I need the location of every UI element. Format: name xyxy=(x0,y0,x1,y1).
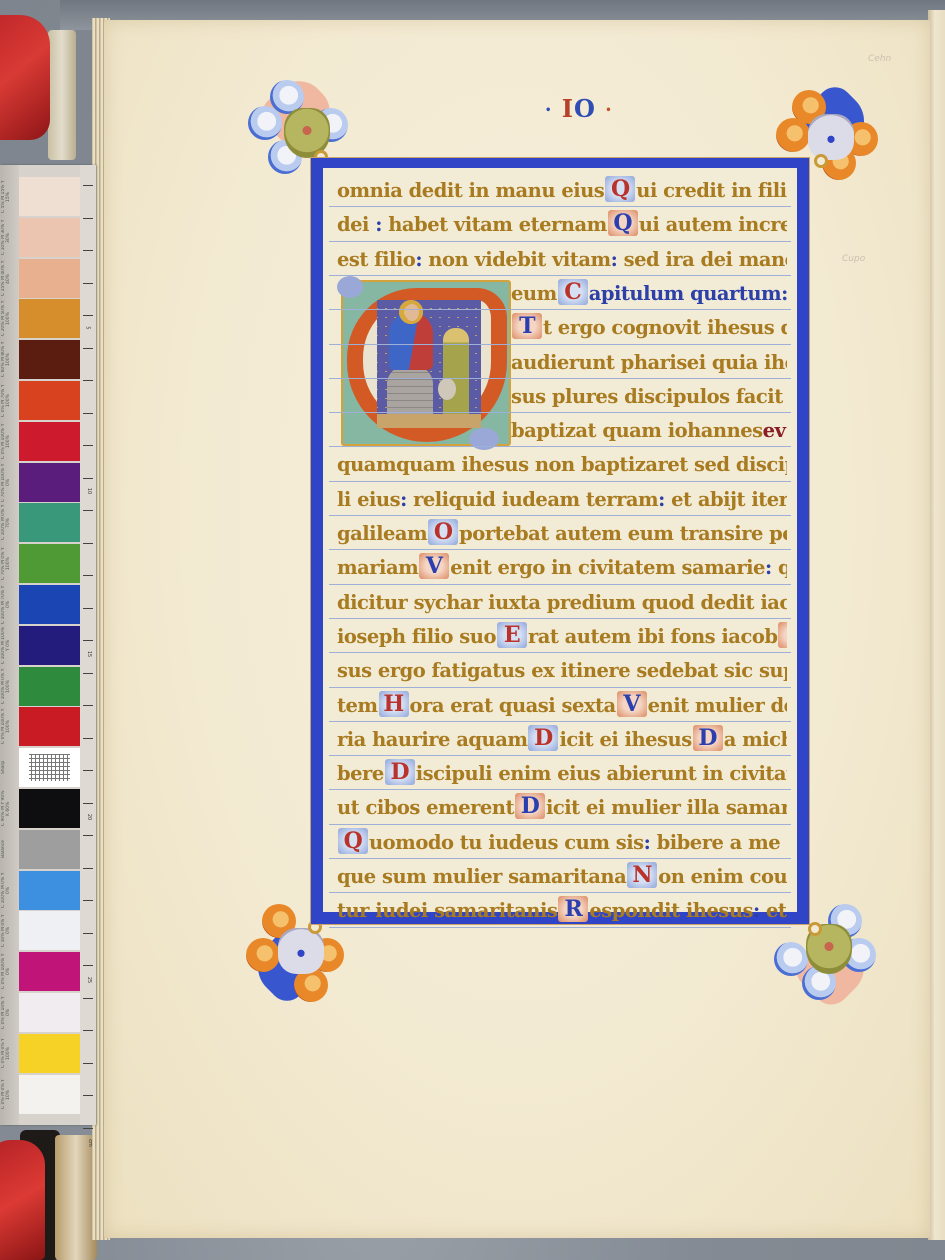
text-segment: icit ei mulier illa samaritana xyxy=(546,796,787,819)
color-calibration-target: C 5% M 15% Y 15%C 10% M 30% Y 30%C 15% M… xyxy=(0,165,96,1125)
ruler-label: cm xyxy=(87,1139,93,1147)
swatch-label: C 90% M Y 90% K 60% xyxy=(1,789,18,828)
ruler-tick xyxy=(83,835,93,836)
ruler-tick xyxy=(83,250,93,251)
text-line: dicitur sychar iuxta predium quod dedit … xyxy=(337,586,787,620)
text-segment: et dixit xyxy=(760,899,787,922)
ruler-tick xyxy=(83,673,93,674)
ruler-tick xyxy=(83,998,93,999)
text-line: temHora erat quasi sextaVenit mulier de … xyxy=(337,689,787,723)
text-segment: mariam xyxy=(337,556,418,579)
pencil-annotation: Cehn xyxy=(868,54,891,64)
swatch-label: C 70% M 100% Y 0% xyxy=(1,463,18,502)
color-swatch xyxy=(19,626,80,665)
text-segment: icit ei ihesus xyxy=(559,728,691,751)
punctus: : xyxy=(415,248,422,271)
text-line: baptizat quam iohannesev xyxy=(511,414,787,448)
text-segment: eum xyxy=(511,282,557,305)
text-line: dei : habet vitam eternamQui autem incre… xyxy=(337,208,787,242)
text-segment: sus ergo fatigatus ex itinere xyxy=(337,659,630,682)
text-line: tur iudei samaritanisRespondit ihesus: e… xyxy=(337,894,787,928)
text-segment: reliquid iudeam terram xyxy=(407,488,658,511)
decorated-initial: T xyxy=(512,313,542,339)
text-line: ioseph filio suoErat autem ibi fons iaco… xyxy=(337,620,787,654)
text-segment: bere xyxy=(337,762,384,785)
text-segment: li eius xyxy=(337,488,400,511)
swatch-label: C 0% M 70% Y 100% xyxy=(1,381,18,420)
text-segment: uomodo tu iudeus cum sis xyxy=(369,831,644,854)
christ-head xyxy=(405,304,419,321)
color-swatch xyxy=(19,993,80,1032)
text-segment: que xyxy=(772,556,787,579)
ruler-tick xyxy=(83,283,93,284)
ruler-tick xyxy=(83,348,93,349)
well-illustration xyxy=(387,366,433,418)
text-line: galileamOportebat autem eum transire per… xyxy=(337,517,787,551)
swatch-label: C 0% M 0% Y 100% xyxy=(1,1034,18,1073)
color-swatch xyxy=(19,299,80,338)
swatch-label: Balance xyxy=(1,830,18,869)
text-segment: ioseph filio suo xyxy=(337,625,496,648)
color-swatch xyxy=(19,503,80,542)
color-swatch xyxy=(19,544,80,583)
decorated-initial: V xyxy=(617,691,647,717)
punctus: : xyxy=(658,488,665,511)
decorated-initial: D xyxy=(515,793,545,819)
color-swatch xyxy=(19,259,80,298)
book-gutter-right xyxy=(928,10,945,1240)
ruler-tick xyxy=(83,1030,93,1031)
text-line: eumCapitulum quartum: xyxy=(511,277,787,311)
decorated-initial: I xyxy=(778,622,787,648)
swatch-label: C 70% M 0% Y 100% xyxy=(1,544,18,583)
text-lines: omnia dedit in manu eiusQui credit in fi… xyxy=(323,168,797,912)
punctus: : xyxy=(400,488,407,511)
text-segment: a michi bi xyxy=(724,728,787,751)
swatch-label: C 10% M 30% Y 30% xyxy=(1,218,18,257)
decorated-initial: Q xyxy=(608,210,638,236)
ruler-label: 20 xyxy=(86,814,92,820)
swatch-label: C 100% M 0% Y 70% xyxy=(1,503,18,542)
text-line: ria haurire aquamDicit ei ihesusDa michi… xyxy=(337,723,787,757)
ruler-tick xyxy=(83,705,93,706)
text-segment: on enim coutu xyxy=(658,865,787,888)
decorated-initial: C xyxy=(558,279,588,305)
ground xyxy=(377,414,481,428)
ruler-tick xyxy=(83,770,93,771)
text-line: li eius: reliquid iudeam terram: et abij… xyxy=(337,483,787,517)
decorated-initial: O xyxy=(428,519,458,545)
swatch-label: C 100% M 70% Y 0% xyxy=(1,585,18,624)
swatch-label: C 100% M 100% Y 0% xyxy=(1,626,18,665)
text-line: omnia dedit in manu eiusQui credit in fi… xyxy=(337,174,787,208)
swatch-label: C 100% M 0% Y 0% xyxy=(1,871,18,910)
historiated-initial-v xyxy=(341,280,511,446)
text-segment: galileam xyxy=(337,522,427,545)
ruler-label: 25 xyxy=(86,977,92,983)
swatch-label: C 0% M 0% Y 10% xyxy=(1,1075,18,1114)
swatch-label: C 0% M 100% Y 0% xyxy=(1,952,18,991)
color-swatch xyxy=(19,422,80,461)
punctus: : xyxy=(375,213,382,236)
line-filler: ev xyxy=(763,419,786,442)
text-segment: sed ira dei manet sup xyxy=(617,248,787,271)
decorated-initial: D xyxy=(693,725,723,751)
decorated-initial: Q xyxy=(605,176,635,202)
chapter-heading: apitulum quartum xyxy=(589,282,781,305)
ruler-tick xyxy=(83,380,93,381)
ruler-tick xyxy=(83,868,93,869)
text-segment: audierunt pharisei xyxy=(511,351,706,374)
text-segment: iscipuli enim eius abierunt in civitatem xyxy=(416,762,787,785)
punctus: : xyxy=(765,556,772,579)
text-segment: que sum mulier samaritana xyxy=(337,865,626,888)
ruler-label: 5 xyxy=(85,326,91,329)
ruler-tick xyxy=(83,575,93,576)
pencil-annotation: Cupo xyxy=(842,254,865,264)
ruler-tick xyxy=(83,1063,93,1064)
text-line: Tt ergo cognovit ihesus quia: xyxy=(511,311,787,345)
text-segment: baptizat quam iohannes xyxy=(511,419,763,442)
book-weight-bottom xyxy=(0,1140,45,1260)
color-swatch xyxy=(19,340,80,379)
decorated-initial: R xyxy=(558,896,588,922)
color-swatch xyxy=(19,911,80,950)
text-segment: sedebat sic super fon xyxy=(630,659,787,682)
swatch-label: C 100% M 0% Y 100% xyxy=(1,667,18,706)
text-segment: espondit ihesus xyxy=(589,899,753,922)
text-segment: ria haurire aquam xyxy=(337,728,527,751)
punctus: : xyxy=(781,282,787,305)
ruler-tick xyxy=(83,608,93,609)
text-segment: quia ihe xyxy=(706,351,787,374)
swatch-label: C 0% M 100% Y 100% xyxy=(1,422,18,461)
text-segment: tur iudei samaritanis xyxy=(337,899,557,922)
color-swatch xyxy=(19,789,80,828)
ruler-tick xyxy=(83,218,93,219)
folio-numeral-i: I xyxy=(562,94,574,123)
swatch-label: C 60% M 80% Y 100% xyxy=(1,340,18,379)
color-swatch xyxy=(19,1034,80,1073)
color-swatch xyxy=(19,585,80,624)
decorated-initial: V xyxy=(419,553,449,579)
text-line: audierunt pharisei quia ihe:: xyxy=(511,346,787,380)
ruler-tick xyxy=(83,315,93,316)
centimeter-ruler: 510152025cm xyxy=(80,165,96,1125)
text-segment: bibere a me poscis xyxy=(650,831,787,854)
text-line: bereDiscipuli enim eius abierunt in civi… xyxy=(337,757,787,791)
color-swatch xyxy=(19,381,80,420)
color-swatch xyxy=(19,952,80,991)
color-swatch xyxy=(19,830,80,869)
samaritan-woman-figure xyxy=(443,328,469,420)
text-segment: t ergo cognovit ihesus quia xyxy=(543,316,787,339)
color-swatch xyxy=(19,177,80,216)
text-segment: ui credit in filium xyxy=(636,179,787,202)
book-weight-cover-bottom xyxy=(55,1135,97,1260)
folio-dot-right: • xyxy=(605,105,612,116)
text-segment: est filio xyxy=(337,248,415,271)
ruler-label: 10 xyxy=(86,488,92,494)
ruler-tick xyxy=(83,185,93,186)
text-segment: ui autem incredulus xyxy=(639,213,787,236)
decorated-initial: D xyxy=(528,725,558,751)
ruler-tick xyxy=(83,933,93,934)
text-segment: enit ergo in civitatem samarie xyxy=(450,556,765,579)
text-segment: quamquam ihesus non baptizaret sed disci… xyxy=(337,453,787,476)
decorated-initial: H xyxy=(379,691,409,717)
book-weight-top xyxy=(0,15,50,140)
text-segment: iuxta predium quod dedit iacob xyxy=(482,591,787,614)
ruler-tick xyxy=(83,965,93,966)
swatch-label: C 0% M 10% Y 0% xyxy=(1,993,18,1032)
text-line: est filio: non videbit vitam: sed ira de… xyxy=(337,243,787,277)
ruler-tick xyxy=(83,900,93,901)
color-swatch xyxy=(19,667,80,706)
text-line: quamquam ihesus non baptizaret sed disci… xyxy=(337,448,787,482)
text-segment: ut cibos emerent xyxy=(337,796,514,819)
ruler-label: 15 xyxy=(86,651,92,657)
swatch-label: C 10% M 0% Y 0% xyxy=(1,911,18,950)
text-line: ut cibos emerentDicit ei mulier illa sam… xyxy=(337,791,787,825)
decorated-initial: N xyxy=(627,862,657,888)
ruler-tick xyxy=(83,640,93,641)
text-line: que sum mulier samaritanaNon enim coutu xyxy=(337,860,787,894)
folio-dot-left: • xyxy=(545,105,552,116)
text-segment: enit mulier de sama xyxy=(648,694,787,717)
water-jar xyxy=(438,378,456,400)
swatch-label: Sharp xyxy=(1,748,18,787)
ruler-tick xyxy=(83,1095,93,1096)
text-segment: et xyxy=(783,385,787,408)
text-segment: non videbit vitam xyxy=(422,248,611,271)
text-segment: dei xyxy=(337,213,375,236)
text-block: omnia dedit in manu eiusQui credit in fi… xyxy=(311,158,809,924)
decorated-initial: Q xyxy=(338,828,368,854)
swatch-label: C 0% M 100% Y 100% xyxy=(1,707,18,746)
color-swatch xyxy=(19,1075,80,1114)
text-line: Quomodo tu iudeus cum sis: bibere a me p… xyxy=(337,826,787,860)
ruler-tick xyxy=(83,413,93,414)
color-swatch xyxy=(19,218,80,257)
text-segment: sus plures discipulos facit xyxy=(511,385,783,408)
text-segment: tem xyxy=(337,694,378,717)
ruler-tick xyxy=(83,543,93,544)
text-line: sus plures discipulos facit et: xyxy=(511,380,787,414)
acanthus-flourish-icon xyxy=(337,276,363,298)
swatch-label: C 15% M 40% Y 40% xyxy=(1,259,18,298)
text-line: mariamVenit ergo in civitatem samarie: q… xyxy=(337,551,787,585)
color-swatch xyxy=(19,871,80,910)
ruler-tick xyxy=(83,803,93,804)
swatch-label: C 5% M 15% Y 15% xyxy=(1,177,18,216)
color-swatch xyxy=(19,748,80,787)
folio-numeral-o: O xyxy=(574,94,596,123)
text-line: sus ergo fatigatus ex itinere sedebat si… xyxy=(337,654,787,688)
color-swatch xyxy=(19,707,80,746)
text-segment: habet vitam eternam xyxy=(382,213,607,236)
decorated-initial: E xyxy=(497,622,527,648)
color-swatch xyxy=(19,463,80,502)
text-segment: portebat autem eum transire per sa xyxy=(459,522,787,545)
ruler-tick xyxy=(83,445,93,446)
punctus: : xyxy=(753,899,760,922)
ruler-tick xyxy=(83,1128,93,1129)
book-weight-cover-top xyxy=(48,30,76,160)
ruler-tick xyxy=(83,510,93,511)
text-segment: omnia dedit in manu eius xyxy=(337,179,604,202)
ruler-tick xyxy=(83,738,93,739)
decorated-initial: D xyxy=(385,759,415,785)
text-segment: ora erat quasi sexta xyxy=(410,694,616,717)
text-segment: et abijt iterum i xyxy=(665,488,787,511)
text-segment: rat autem ibi fons iacob xyxy=(528,625,778,648)
ruler-tick xyxy=(83,478,93,479)
folio-number: • IO • xyxy=(545,94,613,123)
text-segment: dicitur sychar xyxy=(337,591,482,614)
swatch-label: C 20% M 50% Y 100% xyxy=(1,299,18,338)
